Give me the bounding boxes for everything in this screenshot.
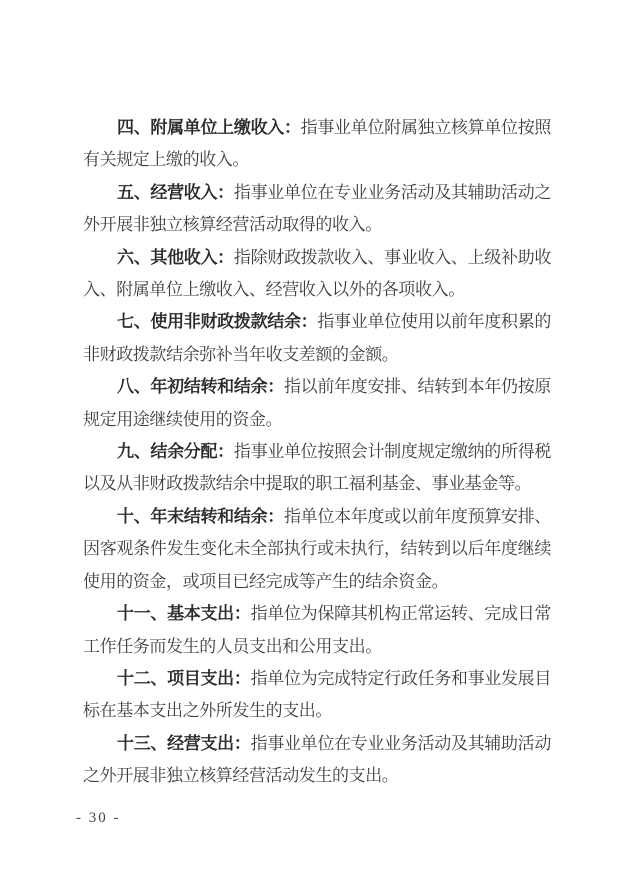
definition-term: 七、使用非财政拨款结余： xyxy=(117,312,317,331)
definition-item: 十一、基本支出：指单位为保障其机构正常运转、完成日常工作任务而发生的人员支出和公… xyxy=(83,598,551,663)
definition-item: 十、年末结转和结余：指单位本年度或以前年度预算安排、因客观条件发生变化未全部执行… xyxy=(83,501,551,598)
definition-term: 十三、经营支出： xyxy=(117,734,251,753)
definition-item: 五、经营收入：指事业单位在专业业务活动及其辅助活动之外开展非独立核算经营活动取得… xyxy=(83,177,551,242)
definition-term: 四、附属单位上缴收入： xyxy=(117,118,301,137)
definition-term: 九、结余分配： xyxy=(117,442,234,461)
definition-item: 九、结余分配：指事业单位按照会计制度规定缴纳的所得税以及从非财政拨款结余中提取的… xyxy=(83,436,551,501)
definitions-list: 四、附属单位上缴收入：指事业单位附属独立核算单位按照有关规定上缴的收入。 五、经… xyxy=(83,112,551,793)
document-page: 四、附属单位上缴收入：指事业单位附属独立核算单位按照有关规定上缴的收入。 五、经… xyxy=(0,0,633,895)
definition-item: 四、附属单位上缴收入：指事业单位附属独立核算单位按照有关规定上缴的收入。 xyxy=(83,112,551,177)
definition-term: 十一、基本支出： xyxy=(117,604,251,623)
definition-term: 八、年初结转和结余： xyxy=(117,377,284,396)
definition-term: 十、年末结转和结余： xyxy=(117,507,284,526)
definition-term: 十二、项目支出： xyxy=(117,669,251,688)
definition-item: 十二、项目支出：指单位为完成特定行政任务和事业发展目标在基本支出之外所发生的支出… xyxy=(83,663,551,728)
definition-item: 六、其他收入：指除财政拨款收入、事业收入、上级补助收入、附属单位上缴收入、经营收… xyxy=(83,242,551,307)
definition-item: 七、使用非财政拨款结余：指事业单位使用以前年度积累的非财政拨款结余弥补当年收支差… xyxy=(83,306,551,371)
definition-item: 十三、经营支出：指事业单位在专业业务活动及其辅助活动之外开展非独立核算经营活动发… xyxy=(83,728,551,793)
definition-item: 八、年初结转和结余：指以前年度安排、结转到本年仍按原规定用途继续使用的资金。 xyxy=(83,371,551,436)
definition-term: 五、经营收入： xyxy=(117,183,234,202)
page-number: - 30 - xyxy=(76,810,121,827)
definition-term: 六、其他收入： xyxy=(117,248,234,267)
